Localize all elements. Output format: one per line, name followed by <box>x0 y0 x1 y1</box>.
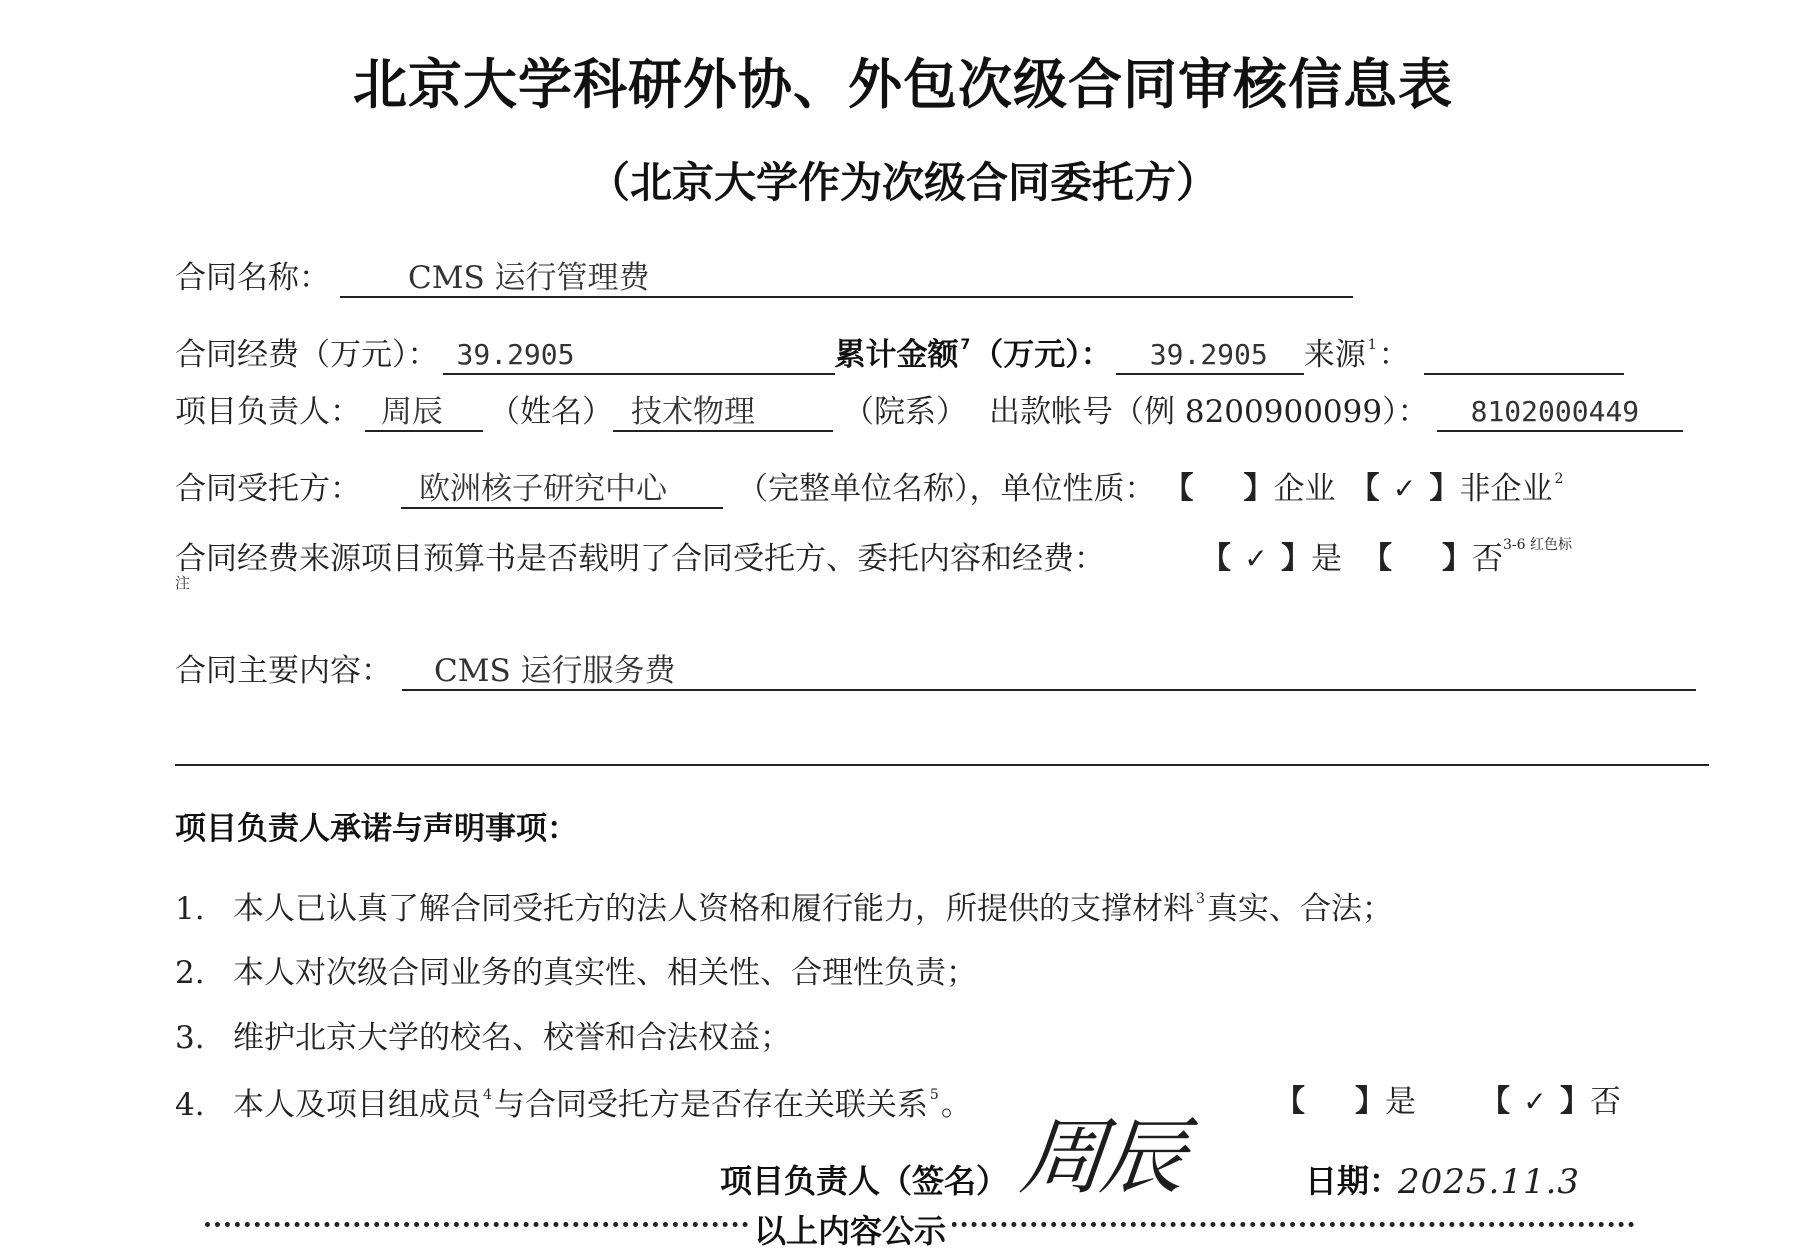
contract-fee-field[interactable]: 39.2905 <box>443 335 835 375</box>
related-party-options: 【】 是 【✓】 否 <box>1275 1081 1621 1122</box>
trustee-row: 合同受托方： 欧洲核子研究中心 （完整单位名称），单位性质： 【】 企业 【✓】… <box>175 459 1565 509</box>
contract-name-label: 合同名称： <box>175 258 330 298</box>
contract-fee-row: 合同经费（万元）： 39.2905 累计金额7（万元）： 39.2905 来源1… <box>175 325 1624 375</box>
contract-name-field[interactable]: CMS 运行管理费 <box>340 258 1353 298</box>
source-label: 来源1： <box>1304 325 1410 375</box>
handwritten-signature[interactable]: 周辰 <box>1016 1090 1189 1211</box>
project-leader-label: 项目负责人： <box>175 392 361 432</box>
trustee-hint: （完整单位名称），单位性质： <box>737 469 1156 509</box>
leader-name-field[interactable]: 周辰 <box>365 392 483 432</box>
main-content-label: 合同主要内容： <box>175 651 392 691</box>
account-field[interactable]: 8102000449 <box>1437 392 1683 432</box>
check-mark-icon: ✓ <box>1231 539 1281 579</box>
declaration-item-3: 3.维护北京大学的校名、校誉和合法权益； <box>175 1012 791 1057</box>
date-value[interactable]: 2025.11.3 <box>1398 1162 1580 1202</box>
related-no-checkbox[interactable]: 【✓】 <box>1480 1081 1590 1122</box>
related-yes-label: 是 <box>1385 1082 1416 1122</box>
related-yes-checkbox[interactable]: 【】 <box>1275 1081 1385 1122</box>
enterprise-label: 企业 <box>1274 469 1336 509</box>
department-hint: （院系） <box>843 392 967 432</box>
budget-no-label: 否3-6 红色标 <box>1472 525 1572 579</box>
document-subtitle: （北京大学作为次级合同委托方） <box>0 150 1806 210</box>
department-field[interactable]: 技术物理 <box>613 392 833 432</box>
date-label: 日期： <box>1305 1156 1401 1202</box>
leader-name-hint: （姓名） <box>489 392 613 432</box>
source-field[interactable] <box>1424 335 1624 375</box>
check-mark-icon: ✓ <box>1510 1082 1560 1122</box>
non-enterprise-label: 非企业2 <box>1460 459 1566 509</box>
project-leader-row: 项目负责人： 周辰 （姓名） 技术物理 （院系） 出款帐号（例 82009000… <box>175 392 1683 432</box>
non-enterprise-checkbox[interactable]: 【✓】 <box>1350 468 1460 509</box>
contract-fee-label: 合同经费（万元）： <box>175 335 439 375</box>
budget-yes-checkbox[interactable]: 【✓】 <box>1201 538 1311 579</box>
trustee-label: 合同受托方： <box>175 469 361 509</box>
main-content-field[interactable]: CMS 运行服务费 <box>402 651 1696 691</box>
cumulative-amount-field[interactable]: 39.2905 <box>1116 335 1304 375</box>
cumulative-amount-label: 累计金额7（万元）： <box>835 325 1112 375</box>
declaration-item-4: 4.本人及项目组成员4与合同受托方是否存在关联关系5。 <box>175 1079 972 1124</box>
budget-question-label: 合同经费来源项目预算书是否载明了合同受托方、委托内容和经费： <box>175 539 1105 579</box>
document-title: 北京大学科研外协、外包次级合同审核信息表 <box>0 42 1806 119</box>
contract-name-row: 合同名称： CMS 运行管理费 <box>175 258 1353 298</box>
main-content-row: 合同主要内容： CMS 运行服务费 <box>175 651 1696 691</box>
budget-note-wrap: 注 <box>175 572 190 593</box>
related-no-label: 否 <box>1590 1082 1621 1122</box>
main-content-continuation-line[interactable] <box>175 764 1709 766</box>
check-mark-icon: ✓ <box>1380 469 1430 509</box>
budget-no-checkbox[interactable]: 【】 <box>1362 538 1472 579</box>
budget-question-row: 合同经费来源项目预算书是否载明了合同受托方、委托内容和经费： 【✓】 是 【】 … <box>175 525 1572 579</box>
declaration-item-1: 1.本人已认真了解合同受托方的法人资格和履行能力，所提供的支撑材料3真实、合法； <box>175 883 1393 928</box>
account-label: 出款帐号（例 8200900099）： <box>989 392 1429 432</box>
declaration-heading: 项目负责人承诺与声明事项： <box>175 803 578 848</box>
signature-label: 项目负责人（签名） <box>720 1156 1008 1202</box>
trustee-field[interactable]: 欧洲核子研究中心 <box>401 469 723 509</box>
publicity-label: 以上内容公示 <box>748 1206 952 1252</box>
declaration-item-2: 2.本人对次级合同业务的真实性、相关性、合理性负责； <box>175 947 977 992</box>
enterprise-checkbox[interactable]: 【】 <box>1164 468 1274 509</box>
budget-yes-label: 是 <box>1311 539 1342 579</box>
